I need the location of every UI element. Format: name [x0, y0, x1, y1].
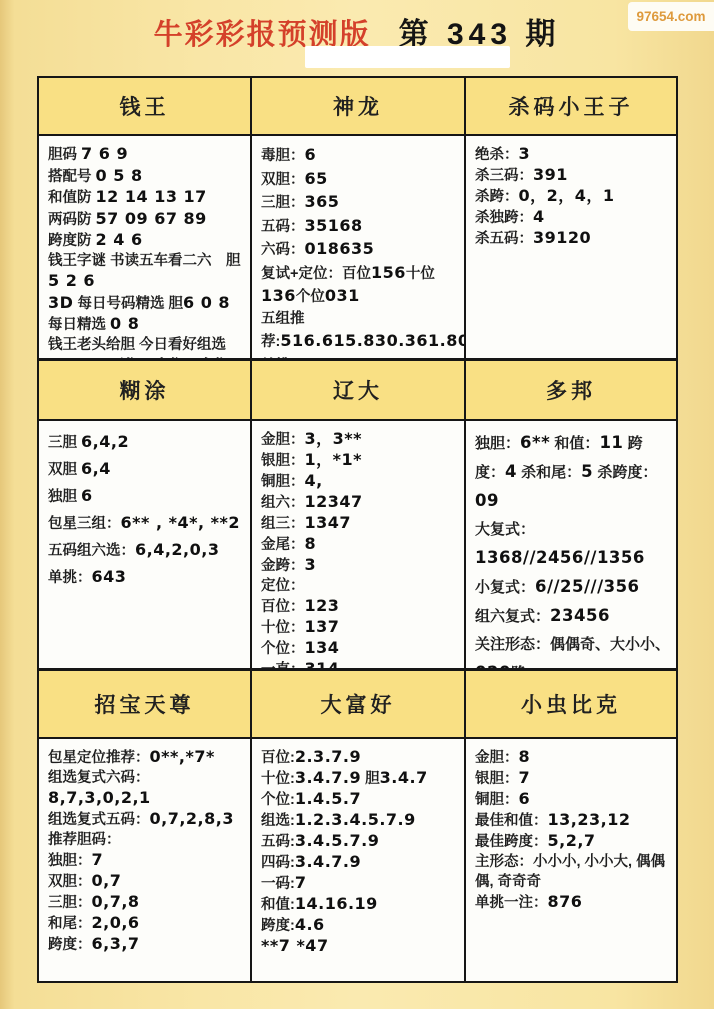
value-text: 5 — [581, 462, 593, 481]
panel-shama: 杀码小王子绝杀：3杀三码：391杀跨：0，2，4，1杀独跨：4杀五码：39120 — [464, 78, 676, 358]
value-text: 031 — [325, 286, 360, 305]
prediction-line: 和值防 12 14 13 17 — [48, 187, 244, 209]
value-text: 516.615.830.361.805. — [280, 331, 464, 350]
label-text: 个位 — [296, 289, 325, 305]
label-text: 搭配号 — [48, 169, 96, 185]
prediction-line: 毒胆：6 — [261, 144, 458, 168]
prediction-line: 四码:3.4.7.9 — [261, 852, 458, 873]
value-text: 3.4.7.9 — [295, 852, 361, 871]
label-text: 和尾： — [48, 916, 92, 932]
prediction-line: 组选:1.2.3.4.5.7.9 — [261, 810, 458, 831]
prediction-line: 跨度：6,3,7 — [48, 934, 244, 955]
value-text: 1347 — [305, 513, 352, 532]
value-text: 1，*1* — [305, 450, 363, 469]
panel-title: 多邦 — [466, 361, 676, 421]
value-text: 3.4.7 — [380, 768, 428, 787]
value-text: 314 — [305, 659, 340, 668]
prediction-line: 包星三组：6** , *4*, **2 — [48, 510, 244, 537]
value-text: 65 — [305, 169, 328, 188]
prediction-line: 3D 每日号码精选 胆6 0 8每日精选 0 8 — [48, 293, 244, 336]
label-text: 百位: — [261, 750, 295, 766]
panel-title: 招宝天尊 — [39, 671, 250, 739]
label-text: 金胆： — [475, 750, 519, 766]
prediction-line: 百位：123 — [261, 596, 458, 617]
label-text: 两码防 — [48, 212, 96, 228]
label-text: 杀和尾： — [517, 464, 581, 481]
panel-zhaobao: 招宝天尊包星定位推荐：0**,*7*组选复式六码：8,7,3,0,2,1组选复式… — [39, 668, 250, 981]
label-text: 和值： — [550, 435, 599, 452]
prediction-line: 五码:3.4.5.7.9 — [261, 831, 458, 852]
prediction-line: 最佳和值：13,23,12 — [475, 810, 670, 831]
value-text: 6 — [81, 486, 93, 505]
label-text: 三胆 — [48, 435, 81, 451]
panel-body: 百位:2.3.7.9十位:3.4.7.9 胆3.4.7个位:1.4.5.7组选:… — [252, 739, 464, 981]
label-text: 杀五码： — [475, 231, 533, 247]
value-text: 12347 — [305, 492, 363, 511]
label-text: 大复式： — [475, 521, 535, 538]
value-text: 136 — [261, 286, 296, 305]
prediction-line: 钱王字谜 书读五车看二六 胆5 2 6 — [48, 252, 244, 293]
value-text: 876 — [548, 892, 583, 911]
panel-liaoda: 辽大金胆：3，3**银胆：1，*1*铜胆：4,组六：12347组三：1347金尾… — [250, 358, 464, 668]
value-text: 35168 — [305, 216, 363, 235]
prediction-line: 独胆：7 — [48, 850, 244, 871]
value-text: 1.2.3.4.5.7.9 — [295, 810, 416, 829]
label-text: 独胆 — [48, 489, 81, 505]
value-text: 39120 — [533, 228, 591, 247]
prediction-line: 三胆：365 — [261, 191, 458, 215]
prediction-line: 胆码 7 6 9 — [48, 144, 244, 166]
panel-title: 糊涂 — [39, 361, 250, 421]
value-text: 4.6 — [295, 915, 325, 934]
prediction-line: 跨度:4.6 — [261, 915, 458, 936]
panel-shenlong: 神龙毒胆：6双胆：65三胆：365五码：35168六码：018635复试+定位：… — [250, 78, 464, 358]
label-text: 银胆： — [475, 771, 519, 787]
value-text: 7 — [92, 850, 104, 869]
label-text: 金尾： — [261, 537, 305, 553]
prediction-line: 钱王老头给胆 今日看好组选 ：7 5 0百位7 十位5 个位0 — [48, 336, 244, 359]
label-text: 包星定位推荐： — [48, 750, 150, 766]
label-text: 十位 — [406, 266, 435, 282]
value-text: 3 — [519, 144, 531, 163]
label-text: 每日号码精选 胆 — [73, 296, 183, 312]
label-text: 和值: — [261, 897, 295, 913]
prediction-line: 关注形态：偶偶奇、大小小、020路 — [475, 631, 670, 668]
prediction-line: 六码：018635 — [261, 238, 458, 262]
label-text: 金胆： — [261, 432, 305, 448]
panel-xiaochong: 小虫比克金胆：8银胆：7铜胆：6最佳和值：13,23,12最佳跨度：5,2,7主… — [464, 668, 676, 981]
panel-body: 三胆 6,4,2双胆 6,4独胆 6包星三组：6** , *4*, **2五码组… — [39, 421, 250, 668]
label-text: 单挑一注： — [475, 895, 548, 911]
label-text: 组六复式： — [475, 608, 550, 625]
label-text: 小复式： — [475, 579, 535, 596]
prediction-line: 百位:2.3.7.9 — [261, 747, 458, 768]
label-text: 毒胆： — [261, 148, 305, 164]
prediction-sheet: 97654.com 牛彩彩报预测版第 343 期 钱王胆码 7 6 9搭配号 0… — [0, 0, 714, 1009]
label-text: 定位： — [261, 578, 305, 594]
panel-body: 胆码 7 6 9搭配号 0 5 8和值防 12 14 13 17两码防 57 0… — [39, 136, 250, 358]
value-text: 5,2,7 — [548, 831, 596, 850]
prediction-line: 两码防 57 09 67 89 — [48, 209, 244, 231]
label-text: 关注形态：偶偶奇、大小小、 — [475, 636, 670, 653]
value-text: 156 — [371, 263, 406, 282]
value-text: 6,4,2 — [81, 432, 129, 451]
value-text: 0 5 8 — [96, 166, 143, 185]
prediction-line: 一码:7 — [261, 873, 458, 894]
label-text: 组三： — [261, 516, 305, 532]
value-text: 0，2，4，1 — [519, 186, 615, 205]
value-text: 11 — [599, 433, 623, 452]
label-text: 组选复式五码： — [48, 812, 150, 828]
prediction-line: 独胆 6 — [48, 483, 244, 510]
label-text: 跨度： — [48, 937, 92, 953]
label-text: 六码： — [261, 242, 305, 258]
value-text: 2 4 6 — [96, 230, 143, 249]
prediction-line: 小复式：6//25///356 — [475, 573, 670, 602]
label-text: 单挑： — [48, 570, 92, 586]
prediction-line: 三胆：0,7,8 — [48, 892, 244, 913]
prediction-line: 单挑一注：876 — [475, 892, 670, 913]
value-text: 4, — [305, 471, 323, 490]
prediction-line: 组六：12347 — [261, 492, 458, 513]
prediction-line: 最佳跨度：5,2,7 — [475, 831, 670, 852]
prediction-line: 金尾：8 — [261, 534, 458, 555]
prediction-line: 双胆 6,4 — [48, 456, 244, 483]
label-text: 组六： — [261, 495, 305, 511]
value-text: 7 — [295, 873, 307, 892]
value-text: 6** , *4*, **2 — [121, 513, 240, 532]
prediction-line: 组选复式五码：0,7,2,8,3 — [48, 809, 244, 830]
label-text: 包星三组： — [48, 516, 121, 532]
panel-dafuhao: 大富好百位:2.3.7.9十位:3.4.7.9 胆3.4.7个位:1.4.5.7… — [250, 668, 464, 981]
value-text: 2.3.7.9 — [295, 747, 361, 766]
value-text: 3D — [48, 293, 73, 312]
prediction-line: 银胆：1，*1* — [261, 450, 458, 471]
label-text: 一码: — [261, 876, 295, 892]
prediction-line: 单挑：643 — [48, 564, 244, 591]
panel-title: 杀码小王子 — [466, 78, 676, 136]
value-text: 3 — [305, 555, 317, 574]
value-text: 3.4.7.9 — [295, 768, 361, 787]
value-text: **7 *47 — [261, 936, 329, 955]
label-text: 杀三码： — [475, 168, 533, 184]
label-text: 胆 — [361, 771, 380, 787]
label-text: 每日精选 — [48, 317, 110, 333]
label-text: 最佳和值： — [475, 813, 548, 829]
prediction-line: 个位：134 — [261, 638, 458, 659]
prediction-line: 双胆：0,7 — [48, 871, 244, 892]
value-text: 14.16.19 — [295, 894, 378, 913]
prediction-line: 主形态：小小小, 小小大, 偶偶偶, 奇奇奇 — [475, 852, 670, 892]
label-text: 杀独跨： — [475, 210, 533, 226]
label-text: 个位： — [261, 641, 305, 657]
panel-title: 大富好 — [252, 671, 464, 739]
value-text: 0**,*7* — [150, 747, 215, 766]
panel-title: 钱王 — [39, 78, 250, 136]
label-text: 百位： — [261, 599, 305, 615]
value-text: 57 09 67 89 — [96, 209, 207, 228]
prediction-line: 复试+定位：百位156十位136个位031 — [261, 262, 458, 309]
value-text: 23456 — [550, 606, 610, 625]
prediction-line: 和尾：2,0,6 — [48, 913, 244, 934]
value-text: 018635 — [305, 239, 375, 258]
panel-body: 绝杀：3杀三码：391杀跨：0，2，4，1杀独跨：4杀五码：39120 — [466, 136, 676, 358]
panel-body: 独胆：6** 和值：11 跨度：4 杀和尾：5 杀跨度：09大复式：1368//… — [466, 421, 676, 668]
prediction-line: 跨度防 2 4 6 — [48, 230, 244, 252]
label-text: 银胆： — [261, 453, 305, 469]
value-text: 1.4.5.7 — [295, 789, 361, 808]
label-text: 四码: — [261, 855, 295, 871]
label-text: 双胆 — [48, 462, 81, 478]
label-text: 组选复式六码： — [48, 770, 150, 786]
prediction-line: 个位:1.4.5.7 — [261, 789, 458, 810]
prediction-line: 推荐胆码： — [48, 830, 244, 850]
value-text: 0 8 — [110, 314, 139, 333]
prediction-line: **7 *47 — [261, 936, 458, 957]
label-text: 金跨： — [261, 558, 305, 574]
value-text: 6//25///356 — [535, 577, 640, 596]
value-text: 13,23,12 — [548, 810, 631, 829]
prediction-line: 杀三码：391 — [475, 165, 670, 186]
prediction-line: 银胆：7 — [475, 768, 670, 789]
label-text: 双胆： — [261, 172, 305, 188]
label-text: 跨度防 — [48, 233, 96, 249]
label-text: 独胆： — [48, 853, 92, 869]
label-text: 组选: — [261, 813, 295, 829]
value-text: 1368//2456//1356 — [475, 548, 645, 567]
prediction-line: 组六复式：23456 — [475, 602, 670, 631]
value-text: 7 — [519, 768, 531, 787]
value-text: 6 — [519, 789, 531, 808]
panel-body: 包星定位推荐：0**,*7*组选复式六码：8,7,3,0,2,1组选复式五码：0… — [39, 739, 250, 981]
value-text: 8,7,3,0,2,1 — [48, 788, 151, 807]
label-text: 杀跨度： — [593, 464, 657, 481]
label-text: 十位： — [261, 620, 305, 636]
label-text: 独胆： — [475, 435, 520, 452]
panel-body: 毒胆：6双胆：65三胆：365五码：35168六码：018635复试+定位：百位… — [252, 136, 464, 358]
value-text: 4 — [533, 207, 545, 226]
prediction-line: 金跨：3 — [261, 555, 458, 576]
value-text: 5 2 6 — [48, 271, 95, 290]
prediction-line: 独胆：6** 和值：11 跨度：4 杀和尾：5 杀跨度：09 — [475, 429, 670, 516]
label-text: 五码: — [261, 834, 295, 850]
value-text: 3.4.5.7.9 — [295, 831, 379, 850]
panel-body: 金胆：3，3**银胆：1，*1*铜胆：4,组六：12347组三：1347金尾：8… — [252, 421, 464, 668]
prediction-line: 大复式：1368//2456//1356 — [475, 516, 670, 573]
value-text: 6** — [520, 433, 550, 452]
panel-title: 小虫比克 — [466, 671, 676, 739]
value-text: 8 — [305, 534, 317, 553]
prediction-line: 搭配号 0 5 8 — [48, 166, 244, 188]
value-text: 6,3,7 — [92, 934, 140, 953]
label-text: 跨度: — [261, 918, 295, 934]
label-text: 最佳跨度： — [475, 834, 548, 850]
panel-title: 神龙 — [252, 78, 464, 136]
panel-body: 金胆：8银胆：7铜胆：6最佳和值：13,23,12最佳跨度：5,2,7主形态：小… — [466, 739, 676, 981]
value-text: 6 0 8 — [183, 293, 230, 312]
label-text: 推荐胆码： — [48, 832, 121, 848]
prediction-line: 定位： — [261, 576, 458, 596]
prediction-line: 杀跨：0，2，4，1 — [475, 186, 670, 207]
value-text: 09 — [475, 491, 499, 510]
value-text: 6 — [305, 145, 317, 164]
panel-qianwang: 钱王胆码 7 6 9搭配号 0 5 8和值防 12 14 13 17两码防 57… — [39, 78, 250, 358]
value-text: 6,4,2,0,3 — [135, 540, 219, 559]
panel-duobang: 多邦独胆：6** 和值：11 跨度：4 杀和尾：5 杀跨度：09大复式：1368… — [464, 358, 676, 668]
value-text: 0,7,2,8,3 — [150, 809, 234, 828]
prediction-line: 金胆：8 — [475, 747, 670, 768]
prediction-line: 五码组六选：6,4,2,0,3 — [48, 537, 244, 564]
panel-hutu: 糊涂三胆 6,4,2双胆 6,4独胆 6包星三组：6** , *4*, **2五… — [39, 358, 250, 668]
label-text: 钱王字谜 书读五车看二六 胆 — [48, 253, 241, 269]
prediction-table: 钱王胆码 7 6 9搭配号 0 5 8和值防 12 14 13 17两码防 57… — [37, 76, 678, 983]
prediction-line: 包星定位推荐：0**,*7* — [48, 747, 244, 768]
value-text: 12 14 13 17 — [96, 187, 207, 206]
prediction-line: 金胆：3，3** — [261, 429, 458, 450]
value-text: 8 — [519, 747, 531, 766]
label-text: 铜胆： — [261, 474, 305, 490]
value-text: 2,0,6 — [92, 913, 140, 932]
label-text: 个位: — [261, 792, 295, 808]
label-text: 主形态：小小小, 小小大, 偶偶偶, 奇奇奇 — [475, 854, 665, 890]
value-text: 137 — [305, 617, 340, 636]
label-text: 三胆： — [48, 895, 92, 911]
prediction-line: 五码：35168 — [261, 215, 458, 239]
label-text: 杀跨： — [475, 189, 519, 205]
value-text: 6,4 — [81, 459, 111, 478]
value-text: 391 — [533, 165, 568, 184]
label-text: 铜胆： — [475, 792, 519, 808]
prediction-line: 组选复式六码：8,7,3,0,2,1 — [48, 768, 244, 809]
prediction-line: 和值:14.16.19 — [261, 894, 458, 915]
value-text: 4 — [505, 462, 517, 481]
value-text: 365 — [305, 192, 340, 211]
value-text: 0,7 — [92, 871, 122, 890]
prediction-line: 铜胆：4, — [261, 471, 458, 492]
prediction-line: 十位：137 — [261, 617, 458, 638]
prediction-line: 双胆：65 — [261, 168, 458, 192]
prediction-line: 十位:3.4.7.9 胆3.4.7 — [261, 768, 458, 789]
label-text: 和值防 — [48, 190, 96, 206]
prediction-line: 杀独跨：4 — [475, 207, 670, 228]
prediction-line: 一直：314 — [261, 659, 458, 668]
label-text: 三胆： — [261, 195, 305, 211]
value-text: 643 — [92, 567, 127, 586]
label-text: 复试+定位：百位 — [261, 266, 371, 282]
label-text: 绝杀： — [475, 147, 519, 163]
redacted-strip — [305, 46, 510, 68]
label-text: 五码组六选： — [48, 543, 135, 559]
prediction-line: 五组推荐:516.615.830.361.805.单挑365 — [261, 309, 458, 359]
label-text: 胆码 — [48, 147, 81, 163]
prediction-line: 铜胆：6 — [475, 789, 670, 810]
panel-title: 辽大 — [252, 361, 464, 421]
value-text: 0,7,8 — [92, 892, 140, 911]
prediction-line: 绝杀：3 — [475, 144, 670, 165]
value-text: 3，3** — [305, 429, 363, 448]
prediction-line: 组三：1347 — [261, 513, 458, 534]
label-text: 双胆： — [48, 874, 92, 890]
label-text: 十位: — [261, 771, 295, 787]
value-text: 134 — [305, 638, 340, 657]
label-text: 五码： — [261, 219, 305, 235]
value-text: 7 6 9 — [81, 144, 128, 163]
value-text: 123 — [305, 596, 340, 615]
prediction-line: 三胆 6,4,2 — [48, 429, 244, 456]
prediction-line: 杀五码：39120 — [475, 228, 670, 249]
